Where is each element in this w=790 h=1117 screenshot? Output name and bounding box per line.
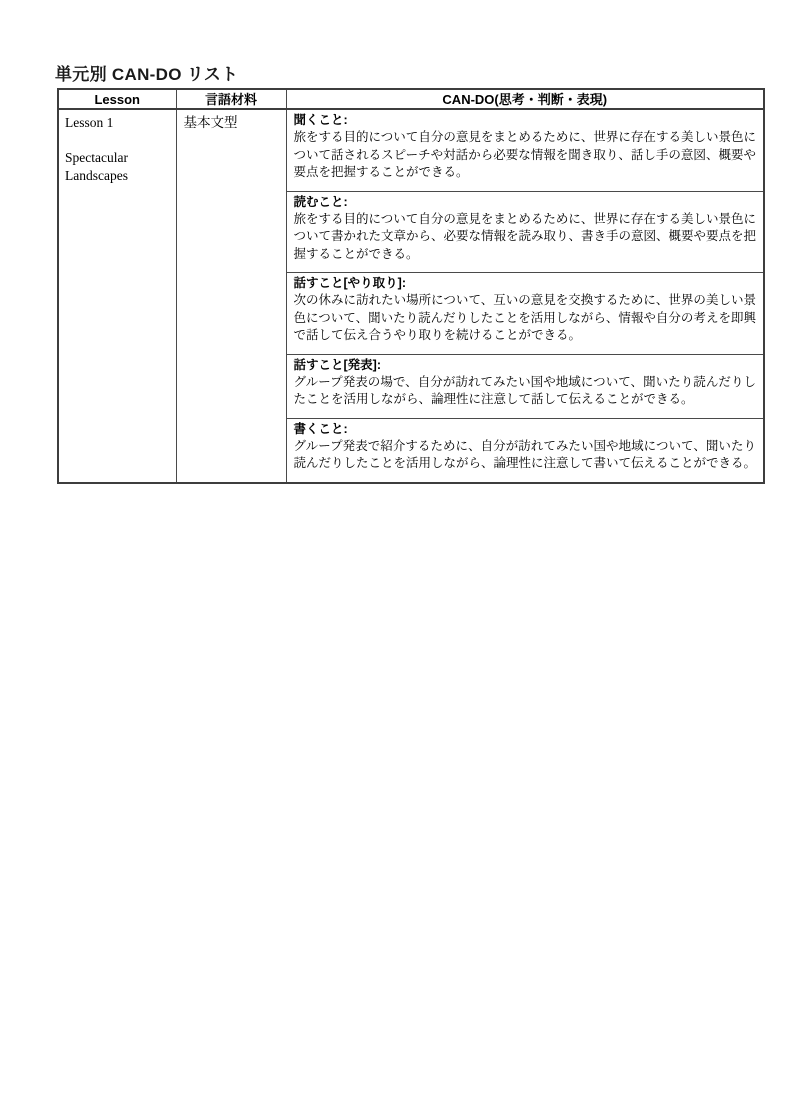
cando-heading-reading: 読むこと: xyxy=(294,194,757,211)
lesson-number: Lesson 1 xyxy=(65,114,170,132)
cando-heading-writing: 書くこと: xyxy=(294,421,757,438)
cando-section-speaking-presentation: 話すこと[発表]: グループ発表の場で、自分が訪れてみたい国や地域について、聞い… xyxy=(286,354,764,418)
cando-body-listening: 旅をする目的について自分の意見をまとめるために、世界に存在する美しい景色について… xyxy=(294,129,757,182)
cando-heading-listening: 聞くこと: xyxy=(294,112,757,129)
cando-body-speaking-presentation: グループ発表の場で、自分が訪れてみたい国や地域について、聞いたり読んだりしたこと… xyxy=(294,374,757,409)
lesson-spacer xyxy=(65,132,170,149)
table-header-row: Lesson 言語材料 CAN-DO(思考・判断・表現) xyxy=(58,89,764,109)
cando-body-speaking-interaction: 次の休みに訪れたい場所について、互いの意見を交換するために、世界の美しい景色につ… xyxy=(294,292,757,345)
material-label: 基本文型 xyxy=(184,114,279,132)
cando-body-reading: 旅をする目的について自分の意見をまとめるために、世界に存在する美しい景色について… xyxy=(294,211,757,264)
table-row: Lesson 1 Spectacular Landscapes 基本文型 聞くこ… xyxy=(58,109,764,191)
document-page: 単元別 CAN-DO リスト Lesson 言語材料 CAN-DO(思考・判断・… xyxy=(0,0,790,1117)
cando-heading-speaking-interaction: 話すこと[やり取り]: xyxy=(294,275,757,292)
cando-section-writing: 書くこと: グループ発表で紹介するために、自分が訪れてみたい国や地域について、聞… xyxy=(286,418,764,483)
header-lesson: Lesson xyxy=(58,89,176,109)
page-title: 単元別 CAN-DO リスト xyxy=(55,60,238,85)
header-cando: CAN-DO(思考・判断・表現) xyxy=(286,89,764,109)
cando-body-writing: グループ発表で紹介するために、自分が訪れてみたい国や地域について、聞いたり読んだ… xyxy=(294,438,757,473)
cando-section-speaking-interaction: 話すこと[やり取り]: 次の休みに訪れたい場所について、互いの意見を交換するため… xyxy=(286,273,764,355)
header-language-material: 言語材料 xyxy=(176,89,286,109)
cando-heading-speaking-presentation: 話すこと[発表]: xyxy=(294,357,757,374)
material-cell: 基本文型 xyxy=(176,109,286,483)
cando-table: Lesson 言語材料 CAN-DO(思考・判断・表現) Lesson 1 Sp… xyxy=(57,88,765,484)
lesson-name: Spectacular Landscapes xyxy=(65,149,170,185)
lesson-cell: Lesson 1 Spectacular Landscapes xyxy=(58,109,176,483)
cando-section-listening: 聞くこと: 旅をする目的について自分の意見をまとめるために、世界に存在する美しい… xyxy=(286,109,764,191)
cando-section-reading: 読むこと: 旅をする目的について自分の意見をまとめるために、世界に存在する美しい… xyxy=(286,191,764,273)
